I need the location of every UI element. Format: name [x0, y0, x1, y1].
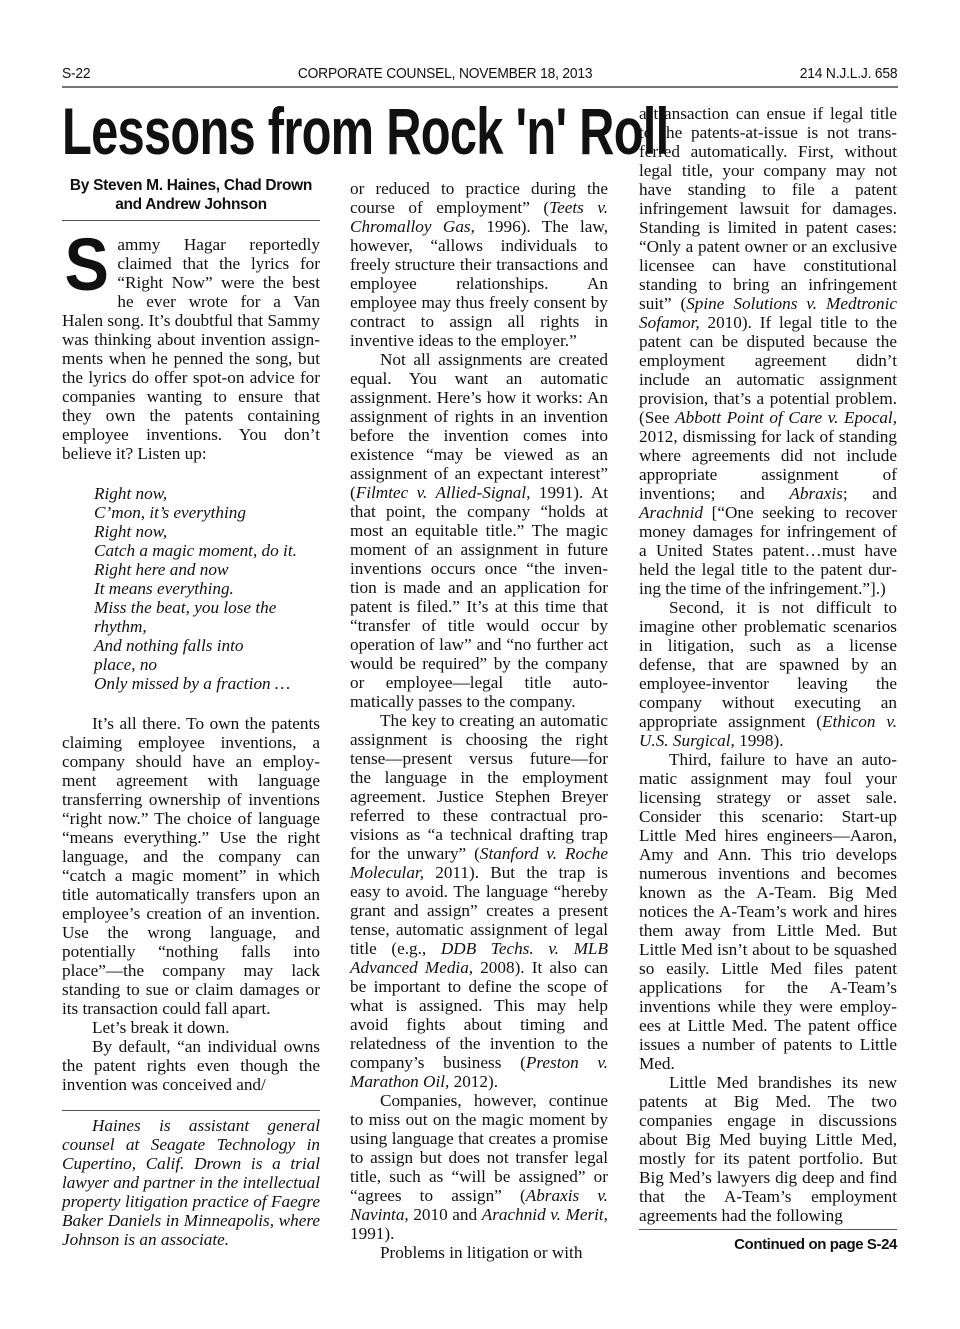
byline: By Steven M. Haines, Chad Drown and Andr… — [62, 176, 320, 221]
body-paragraph: Second, it is not difficult to imagine o… — [639, 598, 897, 750]
citation: 214 N.J.L.J. 658 — [800, 65, 898, 82]
case-citation: Abraxis — [789, 484, 842, 503]
lyrics-block: Right now, C’mon, it’s everything Right … — [94, 484, 320, 693]
lyric-line: And nothing falls into — [94, 636, 320, 655]
continued-rule — [639, 1229, 897, 1230]
publication-date: CORPORATE COUNSEL, NOVEMBER 18, 2013 — [298, 65, 593, 82]
case-citation: Filmtec v. Allied-Signal, — [356, 483, 531, 502]
author-bio: Haines is assistant general counsel at S… — [62, 1110, 320, 1249]
case-citation: Arachnid — [639, 503, 703, 522]
case-citation: Arachnid v. Merit, — [482, 1205, 608, 1224]
lyric-line: C’mon, it’s everything — [94, 503, 320, 522]
body-paragraph: a transaction can ensue if legal title t… — [639, 104, 897, 598]
column-3: a transaction can ensue if legal title t… — [639, 104, 897, 1225]
running-header: S-22 CORPORATE COUNSEL, NOVEMBER 18, 201… — [62, 62, 897, 84]
lyric-line: Right here and now — [94, 560, 320, 579]
headline: Lessons from Rock 'n' Roll — [62, 96, 476, 166]
byline-line-1: By Steven M. Haines, Chad Drown — [62, 176, 320, 195]
body-paragraph: Companies, however, con­tinue to miss ou… — [350, 1091, 608, 1243]
body-paragraph: It’s all there. To own the patents claim… — [62, 714, 320, 1018]
body-paragraph: Third, failure to have an auto­matic ass… — [639, 750, 897, 1073]
lyric-line: place, no — [94, 655, 320, 674]
lyric-line: It means everything. — [94, 579, 320, 598]
header-rule — [62, 86, 898, 88]
body-paragraph: Problems in litigation or with — [350, 1243, 608, 1262]
drop-cap: S — [64, 237, 108, 295]
author-bio-text: Haines is assistant general counsel at S… — [62, 1116, 320, 1249]
column-2: or reduced to practice during the course… — [350, 179, 608, 1262]
lyric-line: Miss the beat, you lose the — [94, 598, 320, 617]
body-paragraph: Little Med brandishes its new patents at… — [639, 1073, 897, 1225]
body-paragraph: or reduced to practice during the course… — [350, 179, 608, 350]
case-citation: Abbott Point of Care v. Epocal, — [675, 408, 897, 427]
intro-paragraph: Sammy Hagar reportedly claimed that the … — [62, 235, 320, 463]
body-paragraph: Let’s break it down. — [62, 1018, 320, 1037]
column-1: By Steven M. Haines, Chad Drown and Andr… — [62, 176, 320, 1249]
body-paragraph: The key to creating an automat­ic assign… — [350, 711, 608, 1091]
continued-on-link[interactable]: Continued on page S-24 — [639, 1236, 897, 1253]
lyric-line: Right now, — [94, 484, 320, 503]
byline-line-2: and Andrew Johnson — [62, 195, 320, 214]
lyric-line: Right now, — [94, 522, 320, 541]
lyric-line: Only missed by a fraction … — [94, 674, 320, 693]
lyric-line: rhythm, — [94, 617, 320, 636]
page-number: S-22 — [62, 65, 90, 82]
body-paragraph: By default, “an individual owns the pate… — [62, 1037, 320, 1094]
body-paragraph: Not all assignments are cre­ated equal. … — [350, 350, 608, 711]
lyric-line: Catch a magic moment, do it. — [94, 541, 320, 560]
